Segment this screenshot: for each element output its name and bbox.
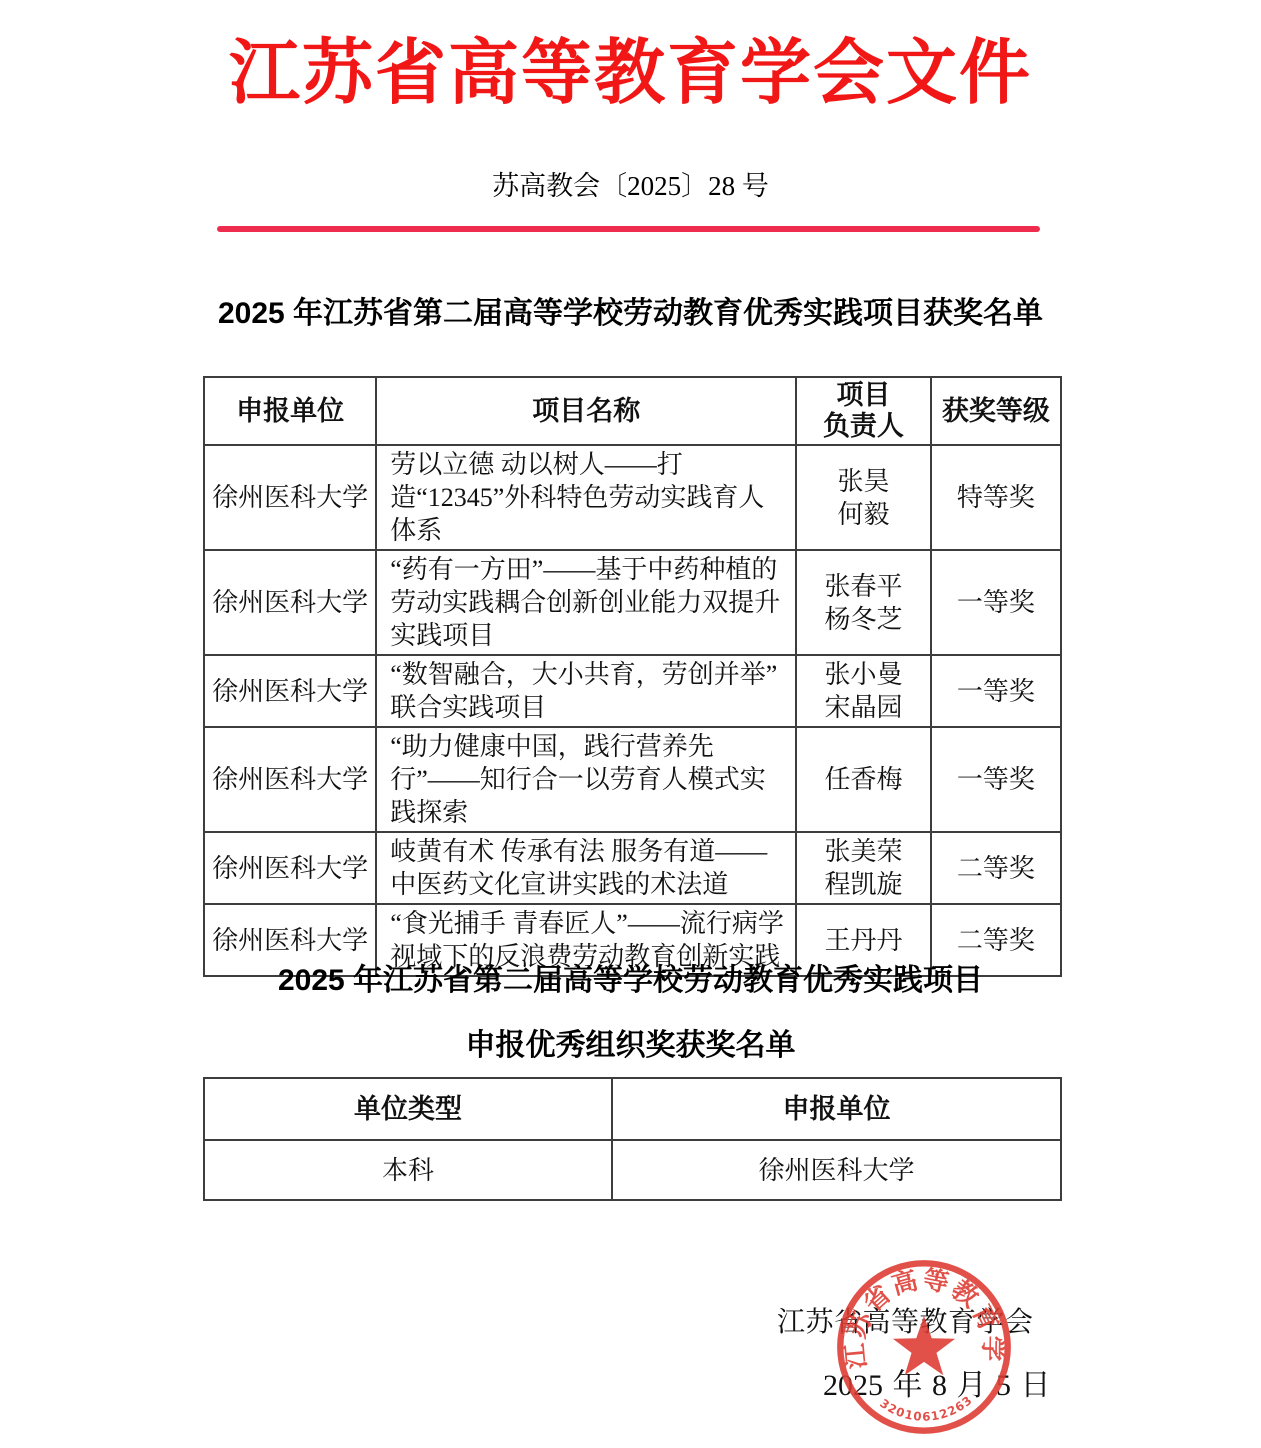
col-header-project: 项目名称 — [376, 377, 796, 445]
leader-cell: 张春平 杨冬芝 — [796, 550, 931, 655]
award-cell: 特等奖 — [931, 445, 1061, 550]
project-cell: 岐黄有术 传承有法 服务有道——中医药文化宣讲实践的术法道 — [376, 832, 796, 904]
org-cell: 徐州医科大学 — [204, 550, 376, 655]
org-cell: 徐州医科大学 — [204, 727, 376, 832]
document-number: 苏高教会〔2025〕28 号 — [0, 170, 1261, 202]
col-header-award: 获奖等级 — [931, 377, 1061, 445]
col-header-unit-type: 单位类型 — [204, 1078, 612, 1140]
award-table-header-row: 申报单位 项目名称 项目 负责人 获奖等级 — [204, 377, 1061, 445]
col-header-leader-line2: 负责人 — [803, 411, 924, 442]
section2-title-line1: 2025 年江苏省第二届高等学校劳动教育优秀实践项目 — [0, 963, 1261, 999]
organization-table-header-row: 单位类型 申报单位 — [204, 1078, 1061, 1140]
award-cell: 一等奖 — [931, 655, 1061, 727]
table-row: 徐州医科大学 “药有一方田”——基于中药种植的劳动实践耦合创新创业能力双提升实践… — [204, 550, 1061, 655]
project-cell: “助力健康中国，践行营养先行”——知行合一以劳育人模式实践探索 — [376, 727, 796, 832]
organization-award-table: 单位类型 申报单位 本科 徐州医科大学 — [203, 1077, 1062, 1201]
document-page: 江苏省高等教育学会文件 苏高教会〔2025〕28 号 2025 年江苏省第二届高… — [0, 0, 1261, 1448]
org-cell: 徐州医科大学 — [204, 445, 376, 550]
table-row: 徐州医科大学 劳以立德 动以树人——打造“12345”外科特色劳动实践育人体系 … — [204, 445, 1061, 550]
header-divider-rule — [217, 226, 1040, 232]
org-cell: 徐州医科大学 — [612, 1140, 1061, 1200]
project-cell: “药有一方田”——基于中药种植的劳动实践耦合创新创业能力双提升实践项目 — [376, 550, 796, 655]
table-row: 本科 徐州医科大学 — [204, 1140, 1061, 1200]
leader-cell: 任香梅 — [796, 727, 931, 832]
project-cell: 劳以立德 动以树人——打造“12345”外科特色劳动实践育人体系 — [376, 445, 796, 550]
issuer-signature: 江苏省高等教育学会 — [777, 1306, 1034, 1340]
section1-title: 2025 年江苏省第二届高等学校劳动教育优秀实践项目获奖名单 — [0, 296, 1261, 332]
award-list-table: 申报单位 项目名称 项目 负责人 获奖等级 徐州医科大学 劳以立德 动以树人——… — [203, 376, 1062, 977]
award-cell: 二等奖 — [931, 832, 1061, 904]
award-cell: 一等奖 — [931, 550, 1061, 655]
org-cell: 徐州医科大学 — [204, 832, 376, 904]
col-header-org: 申报单位 — [204, 377, 376, 445]
project-cell: “数智融合，大小共育，劳创并举” 联合实践项目 — [376, 655, 796, 727]
col-header-org: 申报单位 — [612, 1078, 1061, 1140]
leader-cell: 张美荣 程凯旋 — [796, 832, 931, 904]
org-cell: 徐州医科大学 — [204, 655, 376, 727]
leader-cell: 张小曼 宋晶园 — [796, 655, 931, 727]
award-cell: 一等奖 — [931, 727, 1061, 832]
document-header-title: 江苏省高等教育学会文件 — [0, 32, 1261, 116]
unit-type-cell: 本科 — [204, 1140, 612, 1200]
table-row: 徐州医科大学 “数智融合，大小共育，劳创并举” 联合实践项目 张小曼 宋晶园 一… — [204, 655, 1061, 727]
issue-date: 2025 年 8 月 5 日 — [823, 1366, 1051, 1406]
section2-title-line2: 申报优秀组织奖获奖名单 — [0, 1028, 1261, 1064]
leader-cell: 张昊 何毅 — [796, 445, 931, 550]
table-row: 徐州医科大学 “助力健康中国，践行营养先行”——知行合一以劳育人模式实践探索 任… — [204, 727, 1061, 832]
col-header-leader-line1: 项目 — [803, 380, 924, 411]
table-row: 徐州医科大学 岐黄有术 传承有法 服务有道——中医药文化宣讲实践的术法道 张美荣… — [204, 832, 1061, 904]
col-header-leader: 项目 负责人 — [796, 377, 931, 445]
official-seal-stamp: 江苏省高等教育学会 3201061226338 — [833, 1256, 1015, 1438]
